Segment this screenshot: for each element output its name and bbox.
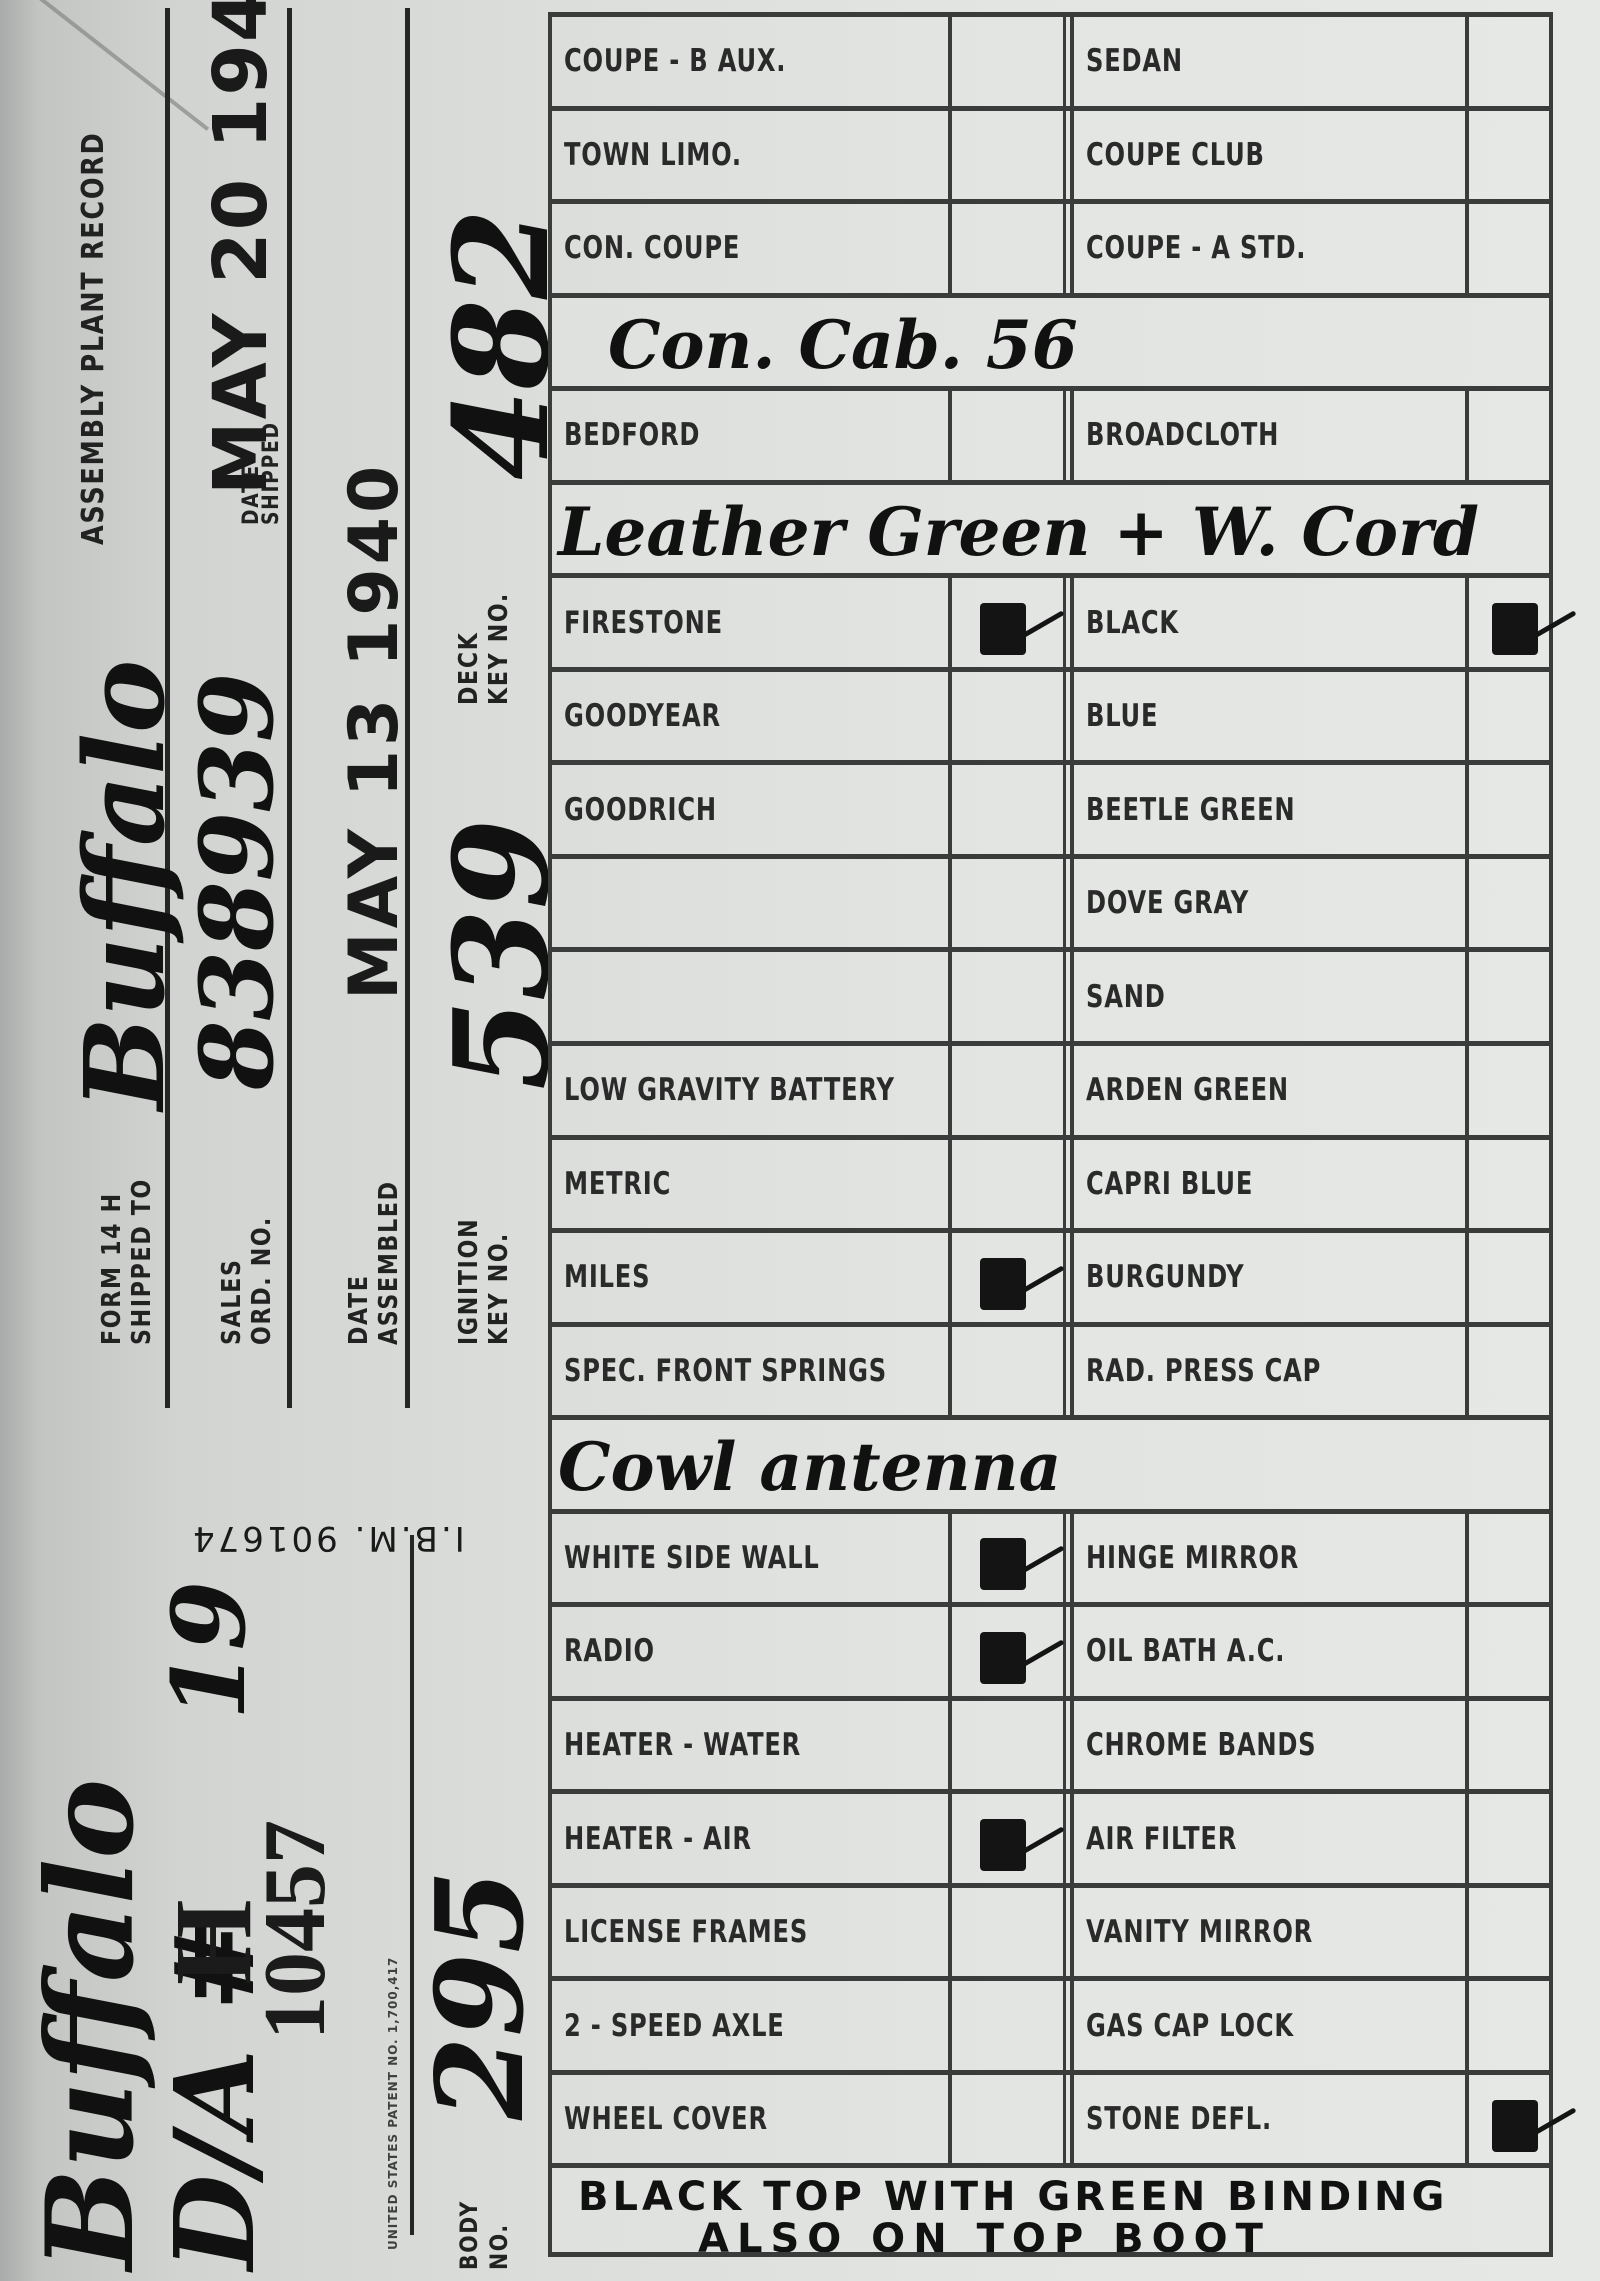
option-right-checkbox[interactable] bbox=[1469, 672, 1549, 761]
ignition-key-label-2: KEY NO. bbox=[485, 1212, 513, 1345]
option-right-checkbox[interactable] bbox=[1469, 111, 1549, 200]
option-right-checkbox[interactable] bbox=[1469, 859, 1549, 948]
table-row: GOODRICHBEETLE GREEN bbox=[548, 760, 1553, 854]
date-assembled-stamp: MAY 13 1940 bbox=[335, 462, 414, 1000]
table-row: RADIOOIL BATH A.C. bbox=[548, 1602, 1553, 1696]
option-right: VANITY MIRROR bbox=[1086, 1888, 1461, 1977]
checkmark-left-mark bbox=[980, 1819, 1026, 1871]
option-left: RADIO bbox=[564, 1607, 944, 1696]
tbl-bottom-border bbox=[548, 2252, 1553, 2257]
option-right: COUPE - A STD. bbox=[1086, 204, 1461, 293]
option-left-checkbox[interactable] bbox=[952, 1046, 1062, 1135]
option-right-label: COUPE - A STD. bbox=[1086, 230, 1306, 266]
option-left-label: CON. COUPE bbox=[564, 230, 740, 266]
table-row: TOWN LIMO.COUPE CLUB bbox=[548, 106, 1553, 200]
form-number-label: FORM 14 H bbox=[98, 1165, 126, 1345]
option-right-checkbox[interactable] bbox=[1469, 1046, 1549, 1135]
bottom-buffalo-handwriting: Buffalo bbox=[20, 1779, 161, 2270]
shipped-to-label-text: SHIPPED TO bbox=[128, 1178, 156, 1345]
checkmark-left-mark bbox=[980, 603, 1026, 655]
table-row: LOW GRAVITY BATTERYARDEN GREEN bbox=[548, 1041, 1553, 1135]
option-left-label: HEATER - AIR bbox=[564, 1821, 752, 1857]
deck-key-label-line2: KEY NO. bbox=[485, 592, 513, 705]
option-right-label: COUPE CLUB bbox=[1086, 137, 1265, 173]
option-right: BLACK bbox=[1086, 578, 1461, 667]
option-right: BURGUNDY bbox=[1086, 1233, 1461, 1322]
checkmark-right-mark bbox=[1492, 603, 1538, 655]
body-no-value: 295 bbox=[410, 1870, 551, 2121]
option-left: WHITE SIDE WALL bbox=[564, 1514, 944, 1603]
body-no-label-line2: NO. bbox=[485, 2223, 513, 2270]
checkmark-left-mark bbox=[980, 1632, 1026, 1684]
option-left: SPEC. FRONT SPRINGS bbox=[564, 1327, 944, 1416]
option-right-label: GAS CAP LOCK bbox=[1086, 2008, 1294, 2044]
table-row: FIRESTONEBLACK bbox=[548, 573, 1553, 667]
option-left-label: BEDFORD bbox=[564, 417, 700, 453]
checkmark-left-mark bbox=[980, 1258, 1026, 1310]
table-row: WHITE SIDE WALLHINGE MIRROR bbox=[548, 1509, 1553, 1603]
option-right-label: BLUE bbox=[1086, 698, 1158, 734]
option-left-checkbox[interactable] bbox=[952, 1140, 1062, 1229]
option-left-label: METRIC bbox=[564, 1166, 671, 1202]
option-right-label: HINGE MIRROR bbox=[1086, 1540, 1299, 1576]
sales-order-value: 838939 bbox=[178, 673, 296, 1090]
option-right: SAND bbox=[1086, 952, 1461, 1041]
option-left-label: GOODYEAR bbox=[564, 698, 721, 734]
option-left-checkbox[interactable] bbox=[952, 2075, 1062, 2164]
sales-order-label-2: ORD. NO. bbox=[248, 1193, 276, 1345]
option-left: HEATER - AIR bbox=[564, 1794, 944, 1883]
option-left-label: HEATER - WATER bbox=[564, 1727, 801, 1763]
option-right-checkbox[interactable] bbox=[1469, 1888, 1549, 1977]
form-title: ASSEMBLY PLANT RECORD bbox=[80, 59, 108, 545]
option-left-label: WHEEL COVER bbox=[564, 2101, 768, 2137]
option-left-checkbox[interactable] bbox=[952, 672, 1062, 761]
option-right: DOVE GRAY bbox=[1086, 859, 1461, 948]
option-left-checkbox[interactable] bbox=[952, 1981, 1062, 2070]
option-left: BEDFORD bbox=[564, 391, 944, 480]
shipped-to-value: Buffalo bbox=[60, 660, 189, 1110]
option-left-label: WHITE SIDE WALL bbox=[564, 1540, 820, 1576]
sales-order-label: SALES bbox=[218, 1243, 246, 1345]
table-row: SPEC. FRONT SPRINGSRAD. PRESS CAP bbox=[548, 1322, 1553, 1416]
table-row: COUPE - B AUX.SEDAN bbox=[548, 12, 1553, 106]
deck-key-label-2: KEY NO. bbox=[485, 572, 513, 705]
option-left-checkbox[interactable] bbox=[952, 17, 1062, 106]
ignition-key-label-line2: KEY NO. bbox=[485, 1232, 513, 1345]
table-row: DOVE GRAY bbox=[548, 854, 1553, 948]
option-right-checkbox[interactable] bbox=[1469, 391, 1549, 480]
option-left-label: FIRESTONE bbox=[564, 605, 723, 641]
option-right: BLUE bbox=[1086, 672, 1461, 761]
option-right-label: RAD. PRESS CAP bbox=[1086, 1353, 1321, 1389]
option-right-label: BROADCLOTH bbox=[1086, 417, 1279, 453]
option-left-label: LICENSE FRAMES bbox=[564, 1914, 808, 1950]
option-right-label: OIL BATH A.C. bbox=[1086, 1633, 1285, 1669]
table-row: LICENSE FRAMESVANITY MIRROR bbox=[548, 1883, 1553, 1977]
option-left bbox=[564, 859, 944, 948]
option-right: COUPE CLUB bbox=[1086, 111, 1461, 200]
option-left-checkbox[interactable] bbox=[952, 111, 1062, 200]
sales-order-label-line1: SALES bbox=[218, 1258, 246, 1345]
option-right-label: BURGUNDY bbox=[1086, 1259, 1244, 1295]
option-left: COUPE - B AUX. bbox=[564, 17, 944, 106]
handwritten-note: Cowl antenna bbox=[558, 1428, 1061, 1506]
option-right-checkbox[interactable] bbox=[1469, 952, 1549, 1041]
option-left-checkbox[interactable] bbox=[952, 1327, 1062, 1416]
table-row: HEATER - AIRAIR FILTER bbox=[548, 1789, 1553, 1883]
date-assembled-label: DATE bbox=[345, 1262, 373, 1345]
option-right: GAS CAP LOCK bbox=[1086, 1981, 1461, 2070]
option-right-checkbox[interactable] bbox=[1469, 17, 1549, 106]
stamp-number: 10457 bbox=[245, 1820, 346, 2040]
option-right-checkbox[interactable] bbox=[1469, 1233, 1549, 1322]
option-right: STONE DEFL. bbox=[1086, 2075, 1461, 2164]
shipped-to-handwriting: Buffalo bbox=[60, 660, 189, 1110]
option-left-label: SPEC. FRONT SPRINGS bbox=[564, 1353, 887, 1389]
ibm-number: I.B.M. 901674 bbox=[190, 1518, 465, 1558]
table-row: CON. COUPECOUPE - A STD. bbox=[548, 199, 1553, 293]
body-no-label-line1: BODY bbox=[455, 2200, 483, 2270]
option-left-checkbox[interactable] bbox=[952, 765, 1062, 854]
option-left-checkbox[interactable] bbox=[952, 204, 1062, 293]
option-left: MILES bbox=[564, 1233, 944, 1322]
table-row: GOODYEARBLUE bbox=[548, 667, 1553, 761]
option-left: TOWN LIMO. bbox=[564, 111, 944, 200]
handwritten-note: Con. Cab. 56 bbox=[608, 306, 1078, 384]
body-no-label: BODY bbox=[455, 2188, 483, 2270]
option-right: AIR FILTER bbox=[1086, 1794, 1461, 1883]
option-right: ARDEN GREEN bbox=[1086, 1046, 1461, 1135]
option-right-label: CAPRI BLUE bbox=[1086, 1166, 1253, 1202]
option-left: FIRESTONE bbox=[564, 578, 944, 667]
option-right-checkbox[interactable] bbox=[1469, 765, 1549, 854]
options-table: COUPE - B AUX.SEDANTOWN LIMO.COUPE CLUBC… bbox=[548, 12, 1553, 2257]
ignition-key-label-line1: IGNITION bbox=[455, 1218, 483, 1345]
date-assembled-label-line1: DATE bbox=[345, 1274, 373, 1345]
table-row: MILESBURGUNDY bbox=[548, 1228, 1553, 1322]
option-right-checkbox[interactable] bbox=[1469, 1514, 1549, 1603]
form-title-text: ASSEMBLY PLANT RECORD bbox=[80, 132, 108, 545]
form-number-text: FORM 14 H bbox=[98, 1192, 126, 1345]
option-right: CAPRI BLUE bbox=[1086, 1140, 1461, 1229]
option-right-label: ARDEN GREEN bbox=[1086, 1072, 1289, 1108]
note-row: BLACK TOP WITH GREEN BINDINGALSO ON TOP … bbox=[548, 2163, 1553, 2257]
option-left-label: RADIO bbox=[564, 1633, 655, 1669]
option-left-label: TOWN LIMO. bbox=[564, 137, 742, 173]
patent-notice: UNITED STATES PATENT NO. 1,700,417 bbox=[384, 1957, 402, 2250]
option-left-label: COUPE - B AUX. bbox=[564, 43, 786, 79]
option-right-label: BEETLE GREEN bbox=[1086, 792, 1295, 828]
table-row: SAND bbox=[548, 947, 1553, 1041]
option-right-checkbox[interactable] bbox=[1469, 1701, 1549, 1790]
body-no-handwriting: 295 bbox=[410, 1870, 551, 2121]
ignition-key-label: IGNITION bbox=[455, 1195, 483, 1345]
option-right: RAD. PRESS CAP bbox=[1086, 1327, 1461, 1416]
checkmark-right-mark bbox=[1492, 2100, 1538, 2152]
option-left: GOODYEAR bbox=[564, 672, 944, 761]
date-shipped-value: MAY 20 1940 bbox=[198, 0, 284, 495]
option-right-checkbox[interactable] bbox=[1469, 1607, 1549, 1696]
option-right-label: SAND bbox=[1086, 979, 1166, 1015]
option-right-checkbox[interactable] bbox=[1469, 204, 1549, 293]
handwritten-note: Leather Green + W. Cord bbox=[558, 493, 1479, 571]
option-right-checkbox[interactable] bbox=[1469, 1794, 1549, 1883]
option-right-label: CHROME BANDS bbox=[1086, 1727, 1316, 1763]
option-left bbox=[564, 952, 944, 1041]
option-left: CON. COUPE bbox=[564, 204, 944, 293]
handwritten-19: 19 bbox=[150, 1581, 268, 1720]
checkmark-left-mark bbox=[980, 1538, 1026, 1590]
note-row: Cowl antenna bbox=[548, 1415, 1553, 1509]
option-left: LICENSE FRAMES bbox=[564, 1888, 944, 1977]
option-right-label: BLACK bbox=[1086, 605, 1179, 641]
shipped-to-label: SHIPPED TO bbox=[128, 1148, 156, 1345]
option-right: BROADCLOTH bbox=[1086, 391, 1461, 480]
option-left: GOODRICH bbox=[564, 765, 944, 854]
table-row: METRICCAPRI BLUE bbox=[548, 1135, 1553, 1229]
option-right-checkbox[interactable] bbox=[1469, 1981, 1549, 2070]
option-left: METRIC bbox=[564, 1140, 944, 1229]
option-left: WHEEL COVER bbox=[564, 2075, 944, 2164]
option-right: OIL BATH A.C. bbox=[1086, 1607, 1461, 1696]
option-right-label: SEDAN bbox=[1086, 43, 1183, 79]
table-row: 2 - SPEED AXLEGAS CAP LOCK bbox=[548, 1976, 1553, 2070]
option-left-label: 2 - SPEED AXLE bbox=[564, 2008, 785, 2044]
option-left-checkbox[interactable] bbox=[952, 1701, 1062, 1790]
option-left: 2 - SPEED AXLE bbox=[564, 1981, 944, 2070]
paper-fold-crease bbox=[18, 0, 210, 131]
assembly-plant-record-card: ASSEMBLY PLANT RECORD FORM 14 H SHIPPED … bbox=[0, 0, 1600, 2281]
option-left: LOW GRAVITY BATTERY bbox=[564, 1046, 944, 1135]
option-left-label: MILES bbox=[564, 1259, 650, 1295]
date-shipped-stamp: MAY 20 1940 bbox=[198, 0, 284, 495]
table-row: WHEEL COVERSTONE DEFL. bbox=[548, 2070, 1553, 2164]
option-right-checkbox[interactable] bbox=[1469, 1140, 1549, 1229]
option-right: CHROME BANDS bbox=[1086, 1701, 1461, 1790]
option-right-label: VANITY MIRROR bbox=[1086, 1914, 1313, 1950]
option-left-label: LOW GRAVITY BATTERY bbox=[564, 1072, 895, 1108]
option-right-checkbox[interactable] bbox=[1469, 1327, 1549, 1416]
bottom-handwriting-1: Buffalo bbox=[20, 1779, 161, 2270]
note-row: Con. Cab. 56 bbox=[548, 293, 1553, 387]
patent-notice-text: UNITED STATES PATENT NO. 1,700,417 bbox=[386, 1957, 400, 2250]
sales-order-handwriting: 838939 bbox=[178, 673, 296, 1090]
deck-key-label-line1: DECK bbox=[455, 631, 483, 705]
bottom-stamp-number: 10457 bbox=[245, 1820, 346, 2040]
option-right: HINGE MIRROR bbox=[1086, 1514, 1461, 1603]
option-left-checkbox[interactable] bbox=[952, 391, 1062, 480]
option-left-label: GOODRICH bbox=[564, 792, 717, 828]
option-left-checkbox[interactable] bbox=[952, 1888, 1062, 1977]
option-right: SEDAN bbox=[1086, 17, 1461, 106]
date-assembled-label-line2: ASSEMBLED bbox=[375, 1180, 403, 1345]
date-assembled-label-2: ASSEMBLED bbox=[375, 1151, 403, 1345]
bottom-suffix: 19 bbox=[150, 1581, 268, 1720]
option-left: HEATER - WATER bbox=[564, 1701, 944, 1790]
sales-order-label-line2: ORD. NO. bbox=[248, 1216, 276, 1345]
option-left-checkbox[interactable] bbox=[952, 859, 1062, 948]
option-right-label: STONE DEFL. bbox=[1086, 2101, 1272, 2137]
note-row: Leather Green + W. Cord bbox=[548, 480, 1553, 574]
option-left-checkbox[interactable] bbox=[952, 952, 1062, 1041]
deck-key-label: DECK bbox=[455, 618, 483, 705]
option-right: BEETLE GREEN bbox=[1086, 765, 1461, 854]
table-row: BEDFORDBROADCLOTH bbox=[548, 386, 1553, 480]
option-right-label: DOVE GRAY bbox=[1086, 885, 1249, 921]
handwritten-note: BLACK TOP WITH GREEN BINDING bbox=[578, 2174, 1448, 2220]
ibm-number-text: I.B.M. 901674 bbox=[190, 1518, 465, 1558]
date-assembled-value: MAY 13 1940 bbox=[335, 462, 414, 1000]
option-right-label: AIR FILTER bbox=[1086, 1821, 1237, 1857]
table-row: HEATER - WATERCHROME BANDS bbox=[548, 1696, 1553, 1790]
body-no-label-2: NO. bbox=[485, 2215, 513, 2270]
